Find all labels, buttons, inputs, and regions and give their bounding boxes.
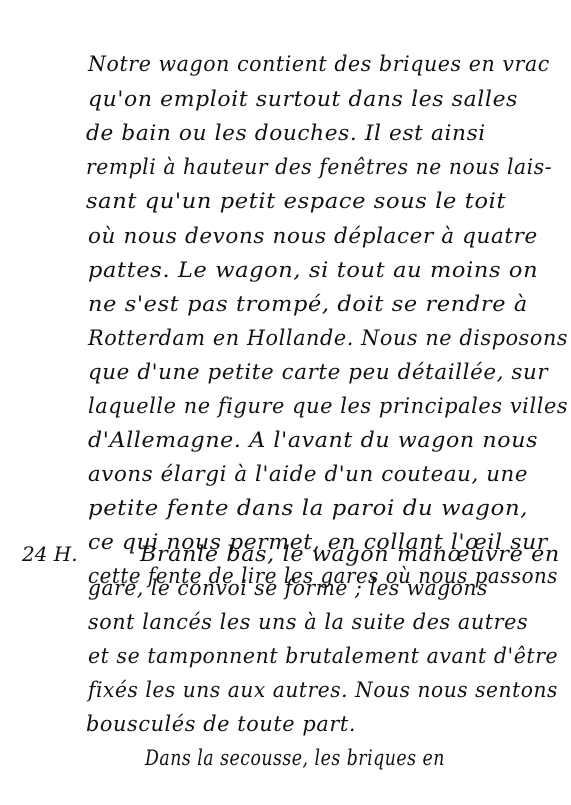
- text-line: Notre wagon contient des briques en vrac: [88, 52, 550, 76]
- text-line: pattes. Le wagon, si tout au moins on: [88, 258, 538, 282]
- text-line: où nous devons nous déplacer à quatre: [88, 224, 538, 248]
- text-line: avons élargi à l'aide d'un couteau, une: [88, 462, 528, 486]
- text-line: sont lancés les uns à la suite des autre…: [88, 610, 528, 634]
- text-line: Dans la secousse, les briques en: [145, 746, 445, 770]
- text-line: fixés les uns aux autres. Nous nous sent…: [88, 678, 558, 702]
- text-line: Rotterdam en Hollande. Nous ne disposons: [88, 326, 568, 350]
- text-line: qu'on emploit surtout dans les salles: [88, 87, 518, 111]
- text-line: bousculés de toute part.: [86, 712, 356, 736]
- text-line: gare, le convoi se forme ; les wagons: [88, 576, 488, 600]
- text-line: rempli à hauteur des fenêtres ne nous la…: [86, 155, 552, 179]
- text-line: de bain ou les douches. Il est ainsi: [86, 121, 486, 145]
- text-line: que d'une petite carte peu détaillée, su…: [88, 360, 548, 384]
- text-line: sant qu'un petit espace sous le toit: [86, 189, 506, 213]
- text-line: Branle bas, le wagon manœuvre en: [140, 542, 560, 566]
- text-line: laquelle ne figure que les principales v…: [88, 394, 568, 418]
- text-line: d'Allemagne. A l'avant du wagon nous: [88, 428, 538, 452]
- text-line: et se tamponnent brutalement avant d'êtr…: [88, 644, 558, 668]
- text-line: petite fente dans la paroi du wagon,: [88, 496, 528, 520]
- margin-note-date: 24 H.: [22, 542, 78, 566]
- text-line: ne s'est pas trompé, doit se rendre à: [88, 292, 528, 316]
- manuscript-page: 24 H. Notre wagon contient des briques e…: [0, 0, 571, 805]
